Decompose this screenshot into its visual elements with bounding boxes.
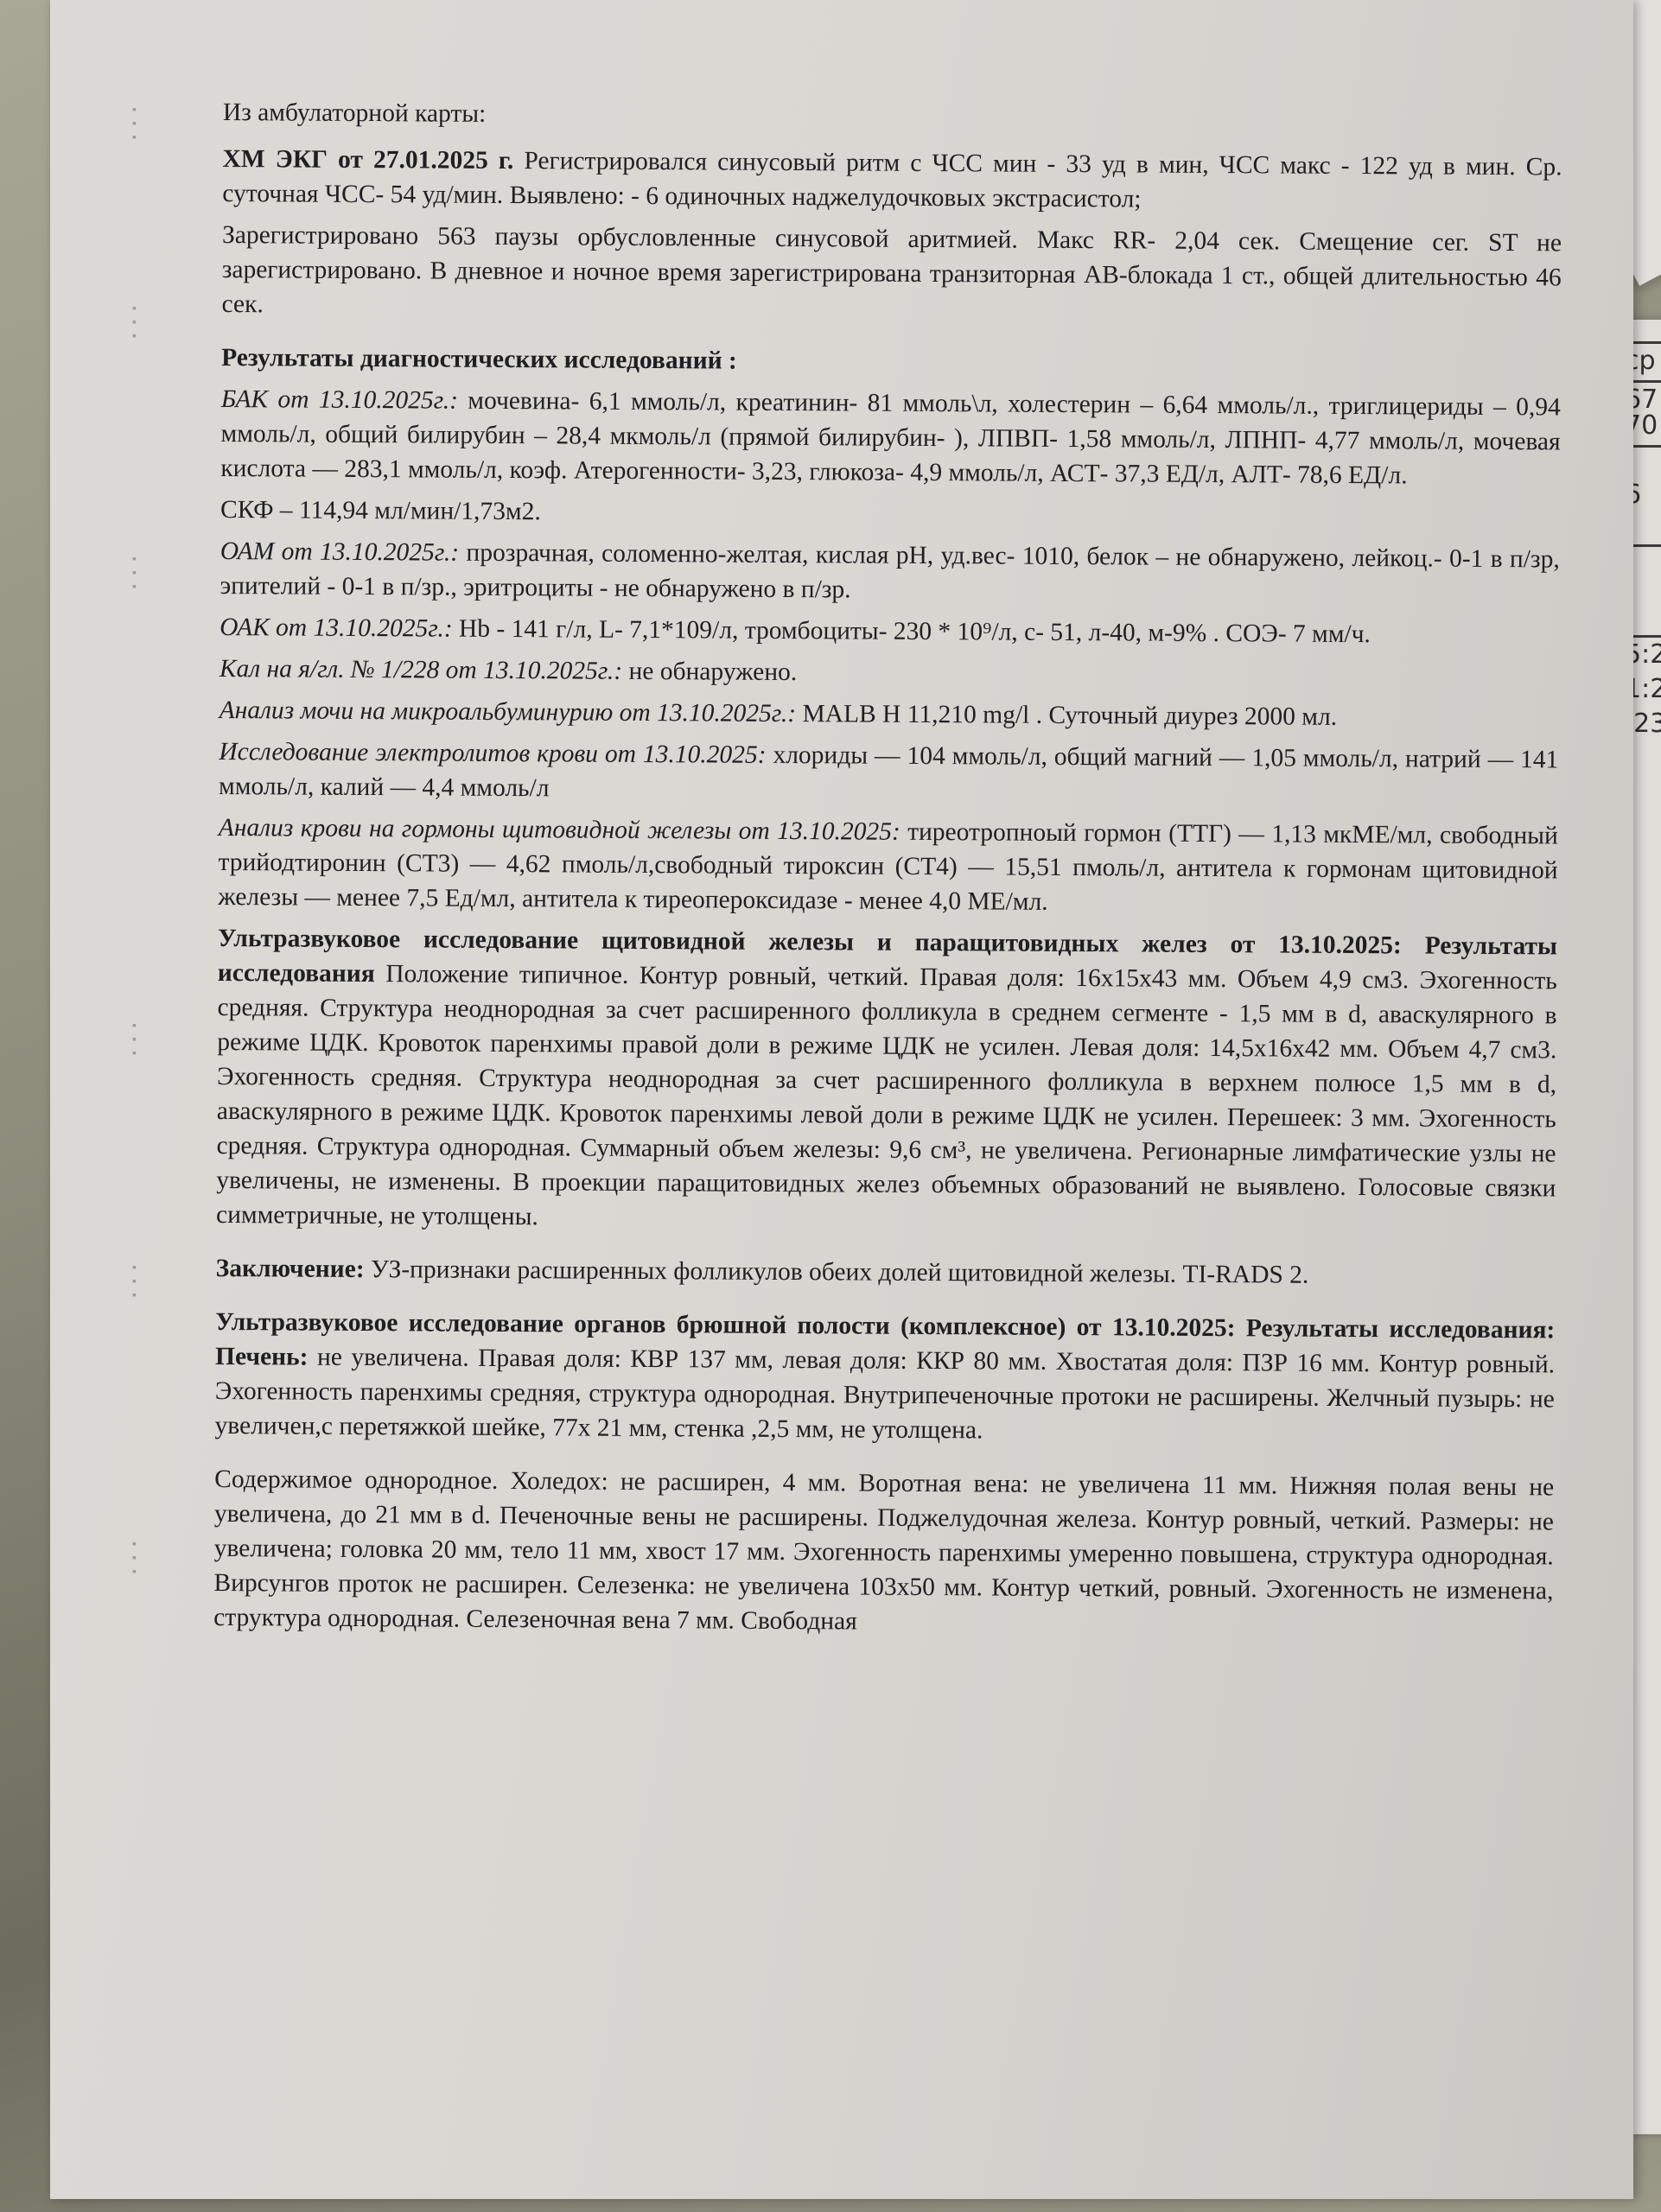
margin-smudge: ▪▪▪	[115, 104, 141, 156]
diagnostics-title: Результаты диагностических исследований …	[221, 340, 1561, 383]
conclusion-label: Заключение:	[216, 1255, 365, 1283]
margin-smudge: ▪▪▪	[115, 553, 141, 605]
diagnostic-item: Анализ крови на гормоны щитовидной желез…	[218, 810, 1558, 922]
ecg-title: ХМ ЭКГ от 27.01.2025 г.	[222, 145, 513, 175]
diagnostic-item-label: ОАК от 13.10.2025г.:	[220, 613, 453, 643]
document-sheet: ▪▪▪ ▪▪▪ ▪▪▪ ▪▪▪ ▪▪▪ ▪▪▪ Из амбулаторной …	[50, 0, 1633, 2199]
diagnostic-item: СКФ – 114,94 мл/мин/1,73м2.	[220, 493, 1560, 535]
diagnostics-list: БАК от 13.10.2025г.: мочевина- 6,1 ммоль…	[218, 382, 1561, 922]
diagnostic-item-label: Кал на я/гл. № 1/228 от 13.10.2025г.:	[220, 655, 622, 685]
diagnostic-item-text: СКФ – 114,94 мл/мин/1,73м2.	[220, 496, 541, 525]
abdominal-us-text: не увеличена. Правая доля: КВР 137 мм, л…	[214, 1344, 1555, 1445]
margin-smudge: ▪▪▪	[115, 302, 141, 354]
ecg-pauses: Зарегистрировано 563 паузы орбусловленны…	[221, 218, 1562, 329]
diagnostic-item: Анализ мочи на микроальбуминурию от 13.1…	[220, 693, 1559, 735]
diagnostic-item: Исследование электролитов крови от 13.10…	[219, 734, 1558, 811]
conclusion-text: УЗ-признаки расширенных фолликулов обеих…	[371, 1255, 1309, 1289]
document-header: Из амбулаторной карты:	[223, 95, 1562, 137]
diagnostic-item-text: Hb - 141 г/л, L- 7,1*109/л, тромбоциты- …	[459, 615, 1371, 648]
thyroid-us-text: Положение типичное. Контур ровный, четки…	[216, 960, 1557, 1230]
abdominal-us-section: Ультразвуковое исследование органов брюш…	[214, 1305, 1555, 1451]
margin-smudge: ▪▪▪	[115, 1020, 141, 1071]
ecg-section: ХМ ЭКГ от 27.01.2025 г. Регистрировался …	[222, 142, 1562, 219]
conclusion-section: Заключение: УЗ-признаки расширенных фолл…	[216, 1251, 1556, 1294]
diagnostic-item-label: Анализ мочи на микроальбуминурию от 13.1…	[220, 696, 797, 728]
diagnostic-item-text: MALB H 11,210 mg/l . Суточный диурез 200…	[802, 700, 1337, 731]
diagnostic-item: Кал на я/гл. № 1/228 от 13.10.2025г.: не…	[220, 652, 1559, 694]
margin-smudge: ▪▪▪	[115, 1538, 141, 1590]
diagnostic-item-label: ОАМ от 13.10.2025г.:	[220, 537, 460, 567]
abdominal-us-continuation: Содержимое однородное. Холедох: не расши…	[213, 1462, 1554, 1643]
diagnostic-item: ОАМ от 13.10.2025г.: прозрачная, соломен…	[220, 534, 1559, 611]
margin-smudge: ▪▪▪	[115, 1262, 141, 1313]
thyroid-us-section: Ультразвуковое исследование щитовидной ж…	[216, 921, 1557, 1240]
diagnostic-item-label: БАК от 13.10.2025г.:	[221, 385, 458, 415]
diagnostic-item: БАК от 13.10.2025г.: мочевина- 6,1 ммоль…	[220, 382, 1561, 493]
diagnostic-item-label: Анализ крови на гормоны щитовидной желез…	[219, 814, 901, 846]
diagnostic-item-text: не обнаружено.	[628, 658, 797, 686]
document-content: Из амбулаторной карты: ХМ ЭКГ от 27.01.2…	[213, 95, 1562, 1649]
diagnostic-item-label: Исследование электролитов крови от 13.10…	[219, 738, 766, 769]
diagnostic-item: ОАК от 13.10.2025г.: Hb - 141 г/л, L- 7,…	[220, 610, 1559, 652]
